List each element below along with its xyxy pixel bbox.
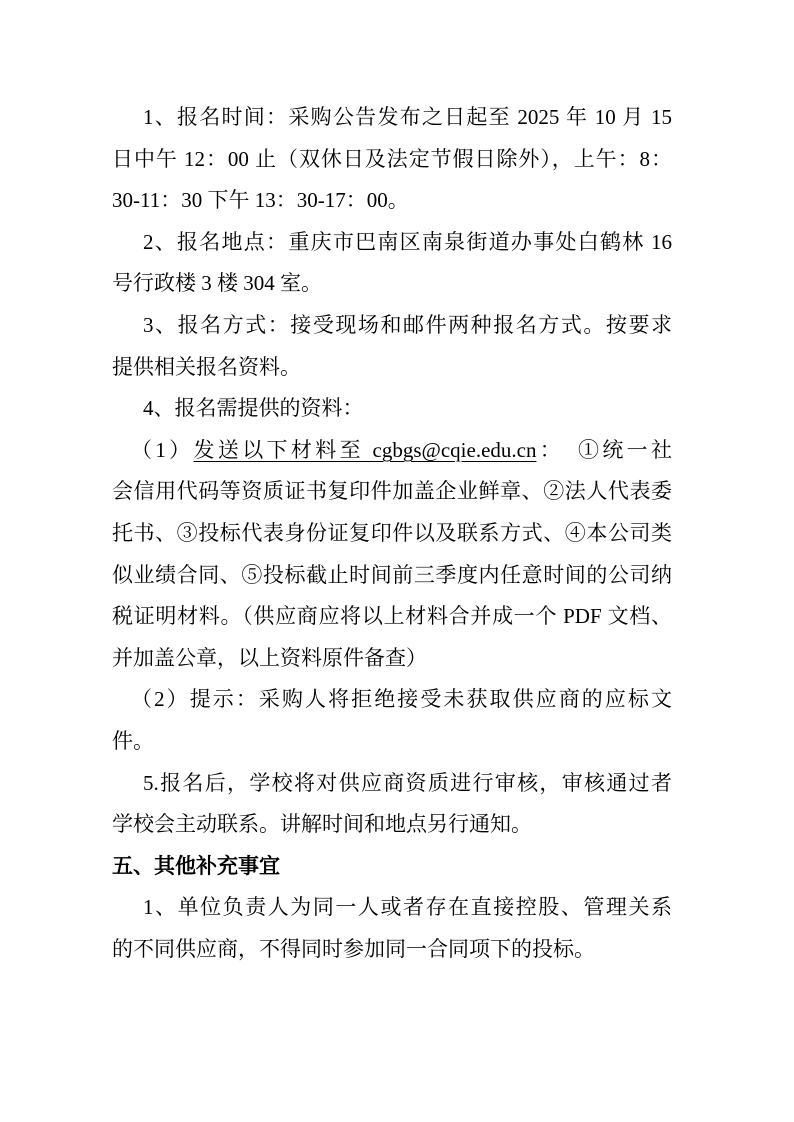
text-run: 五、其他补充事宜 xyxy=(112,854,280,878)
text-line: 提供相关报名资料。 xyxy=(112,347,672,389)
text-run: 5.报名后，学校将对供应商资质进行审核，审核通过者 xyxy=(143,771,672,795)
text-line: 会信用代码等资质证书复印件加盖企业鲜章、②法人代表委 xyxy=(112,471,672,513)
para-tip-reject: （2）提示：采购人将拒绝接受未获取供应商的应标文件。 xyxy=(112,679,672,762)
text-line: 并加盖公章，以上资料原件备查） xyxy=(112,638,672,680)
text-line: 2、报名地点：重庆市巴南区南泉街道办事处白鹤林 16 xyxy=(112,222,672,264)
text-line: 1、报名时间：采购公告发布之日起至 2025 年 10 月 15 xyxy=(112,97,672,139)
document-page: 1、报名时间：采购公告发布之日起至 2025 年 10 月 15日中午 12：0… xyxy=(0,0,794,1122)
text-line: 的不同供应商，不得同时参加同一合同项下的投标。 xyxy=(112,929,672,971)
text-run: 学校会主动联系。讲解时间和地点另行通知。 xyxy=(112,812,532,836)
text-line: 30-11：30 下午 13：30-17：00。 xyxy=(112,180,672,222)
heading-other-supplementary-matters: 五、其他补充事宜 xyxy=(112,846,672,888)
document-content: 1、报名时间：采购公告发布之日起至 2025 年 10 月 15日中午 12：0… xyxy=(112,97,672,970)
text-line: 日中午 12：00 止（双休日及法定节假日除外），上午：8： xyxy=(112,139,672,181)
text-run: 2、报名地点：重庆市巴南区南泉街道办事处白鹤林 16 xyxy=(143,230,672,254)
text-run: 会信用代码等资质证书复印件加盖企业鲜章、②法人代表委 xyxy=(112,479,672,503)
para-registration-method: 3、报名方式：接受现场和邮件两种报名方式。按要求提供相关报名资料。 xyxy=(112,305,672,388)
text-line: 3、报名方式：接受现场和邮件两种报名方式。按要求 xyxy=(112,305,672,347)
text-run: 税证明材料。（供应商应将以上材料合并成一个 PDF 文档、 xyxy=(112,604,672,628)
para-same-responsible-person: 1、单位负责人为同一人或者存在直接控股、管理关系的不同供应商，不得同时参加同一合… xyxy=(112,887,672,970)
text-run: 30-11：30 下午 13：30-17：00。 xyxy=(112,188,409,212)
para-materials-detail: （1）发送以下材料至 cgbgs@cqie.edu.cn： ①统一社会信用代码等… xyxy=(112,430,672,680)
text-run: 提供相关报名资料。 xyxy=(112,355,301,379)
text-line: 号行政楼 3 楼 304 室。 xyxy=(112,263,672,305)
text-run: 的不同供应商，不得同时参加同一合同项下的投标。 xyxy=(112,937,595,961)
text-run: 似业绩合同、⑤投标截止时间前三季度内任意时间的公司纳 xyxy=(112,563,672,587)
text-run: 1、单位负责人为同一人或者存在直接控股、管理关系 xyxy=(143,895,672,919)
text-line: 五、其他补充事宜 xyxy=(112,846,672,888)
para-registration-time: 1、报名时间：采购公告发布之日起至 2025 年 10 月 15日中午 12：0… xyxy=(112,97,672,222)
text-line: （1）发送以下材料至 cgbgs@cqie.edu.cn： ①统一社 xyxy=(112,430,672,472)
text-line: 税证明材料。（供应商应将以上材料合并成一个 PDF 文档、 xyxy=(112,596,672,638)
text-line: 4、报名需提供的资料： xyxy=(112,388,672,430)
para-after-registration-review: 5.报名后，学校将对供应商资质进行审核，审核通过者学校会主动联系。讲解时间和地点… xyxy=(112,763,672,846)
text-run: 4、报名需提供的资料： xyxy=(143,396,364,420)
text-line: 件。 xyxy=(112,721,672,763)
text-run: 并加盖公章，以上资料原件备查） xyxy=(112,646,427,670)
text-run: 托书、③投标代表身份证复印件以及联系方式、④本公司类 xyxy=(112,521,672,545)
text-line: 1、单位负责人为同一人或者存在直接控股、管理关系 xyxy=(112,887,672,929)
text-run: 1、报名时间：采购公告发布之日起至 2025 年 10 月 15 xyxy=(143,105,672,129)
text-line: 似业绩合同、⑤投标截止时间前三季度内任意时间的公司纳 xyxy=(112,555,672,597)
para-registration-place: 2、报名地点：重庆市巴南区南泉街道办事处白鹤林 16号行政楼 3 楼 304 室… xyxy=(112,222,672,305)
text-line: （2）提示：采购人将拒绝接受未获取供应商的应标文 xyxy=(112,679,672,721)
text-run: 日中午 12：00 止（双休日及法定节假日除外），上午：8： xyxy=(112,147,672,171)
registration-email-underlined: 发送以下材料至 cgbgs@cqie.edu.cn xyxy=(194,438,537,462)
text-line: 托书、③投标代表身份证复印件以及联系方式、④本公司类 xyxy=(112,513,672,555)
text-line: 学校会主动联系。讲解时间和地点另行通知。 xyxy=(112,804,672,846)
text-run: 号行政楼 3 楼 304 室。 xyxy=(112,271,322,295)
text-line: 5.报名后，学校将对供应商资质进行审核，审核通过者 xyxy=(112,763,672,805)
text-run: （1） xyxy=(131,438,194,462)
para-required-materials-title: 4、报名需提供的资料： xyxy=(112,388,672,430)
text-run: 件。 xyxy=(112,729,154,753)
text-run: ： ①统一社 xyxy=(536,438,672,462)
text-run: （2）提示：采购人将拒绝接受未获取供应商的应标文 xyxy=(131,687,672,711)
text-run: 3、报名方式：接受现场和邮件两种报名方式。按要求 xyxy=(143,313,672,337)
